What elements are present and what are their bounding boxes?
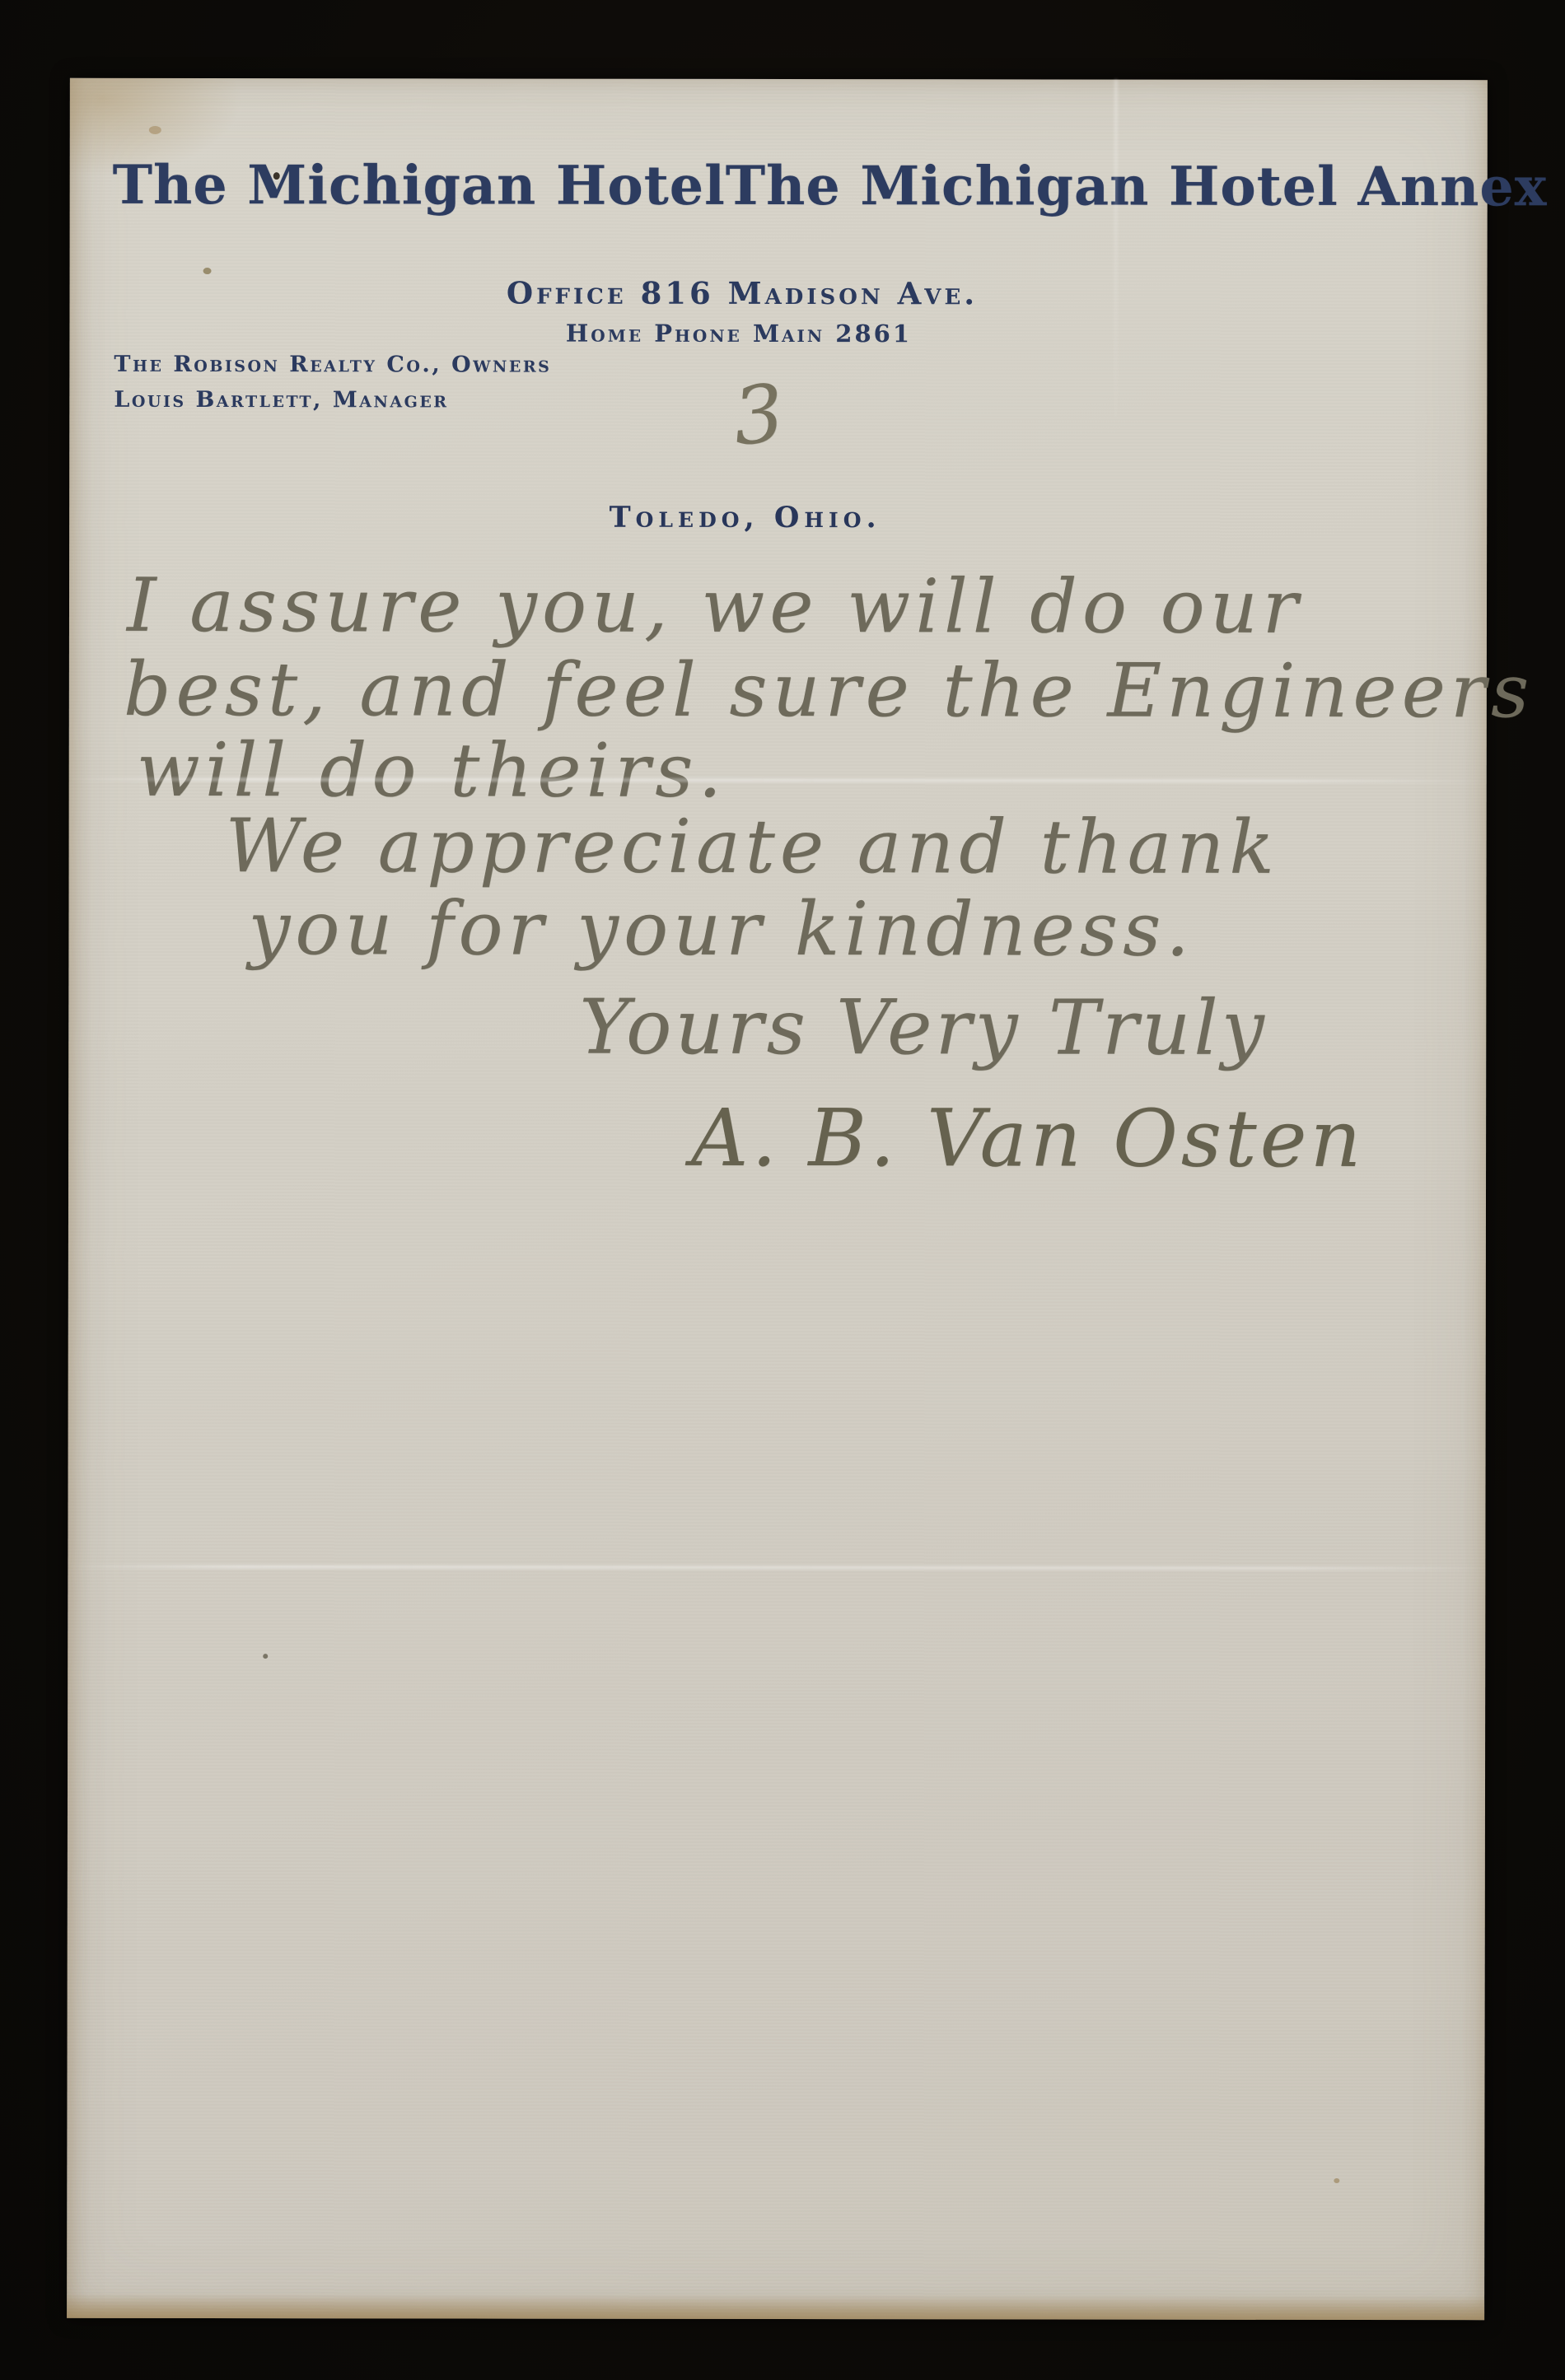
letterhead-titles: The Michigan Hotel The Michigan Hotel An…	[113, 154, 1448, 218]
fold-crease-lower	[68, 1565, 1485, 1570]
scan-background: The Michigan Hotel The Michigan Hotel An…	[0, 0, 1565, 2380]
handwritten-line: will do theirs.	[137, 730, 727, 812]
office-address-line: Office 816 Madison Ave.	[34, 274, 1451, 312]
handwritten-line: best, and feel sure the Engineers	[124, 650, 1534, 732]
handwritten-line: We appreciate and thank	[226, 806, 1279, 889]
letter-page: The Michigan Hotel The Michigan Hotel An…	[67, 78, 1488, 2320]
closing-line: Yours Very Truly	[579, 983, 1268, 1072]
owners-line: The Robison Realty Co., Owners	[114, 347, 551, 383]
manager-line: Louis Bartlett, Manager	[114, 382, 551, 418]
hotel-title-right: The Michigan Hotel Annex	[726, 155, 1548, 218]
owners-manager-block: The Robison Realty Co., Owners Louis Bar…	[114, 347, 551, 418]
hotel-title-left: The Michigan Hotel	[113, 154, 726, 217]
paper-speck	[149, 126, 161, 134]
handwritten-page-number: 3	[729, 366, 788, 464]
handwritten-line: I assure you, we will do our	[127, 566, 1303, 648]
city-dateline: Toledo, Ohio.	[36, 500, 1454, 535]
paper-speck	[273, 172, 280, 180]
handwritten-line: you for your kindness.	[248, 889, 1194, 971]
paper-speck	[1334, 2178, 1339, 2183]
paper-speck	[203, 268, 212, 274]
vertical-crease	[1114, 80, 1118, 434]
paper-speck	[263, 1654, 268, 1659]
phone-line: Home Phone Main 2861	[30, 319, 1447, 348]
signature: A. B. Van Osten	[691, 1092, 1364, 1185]
